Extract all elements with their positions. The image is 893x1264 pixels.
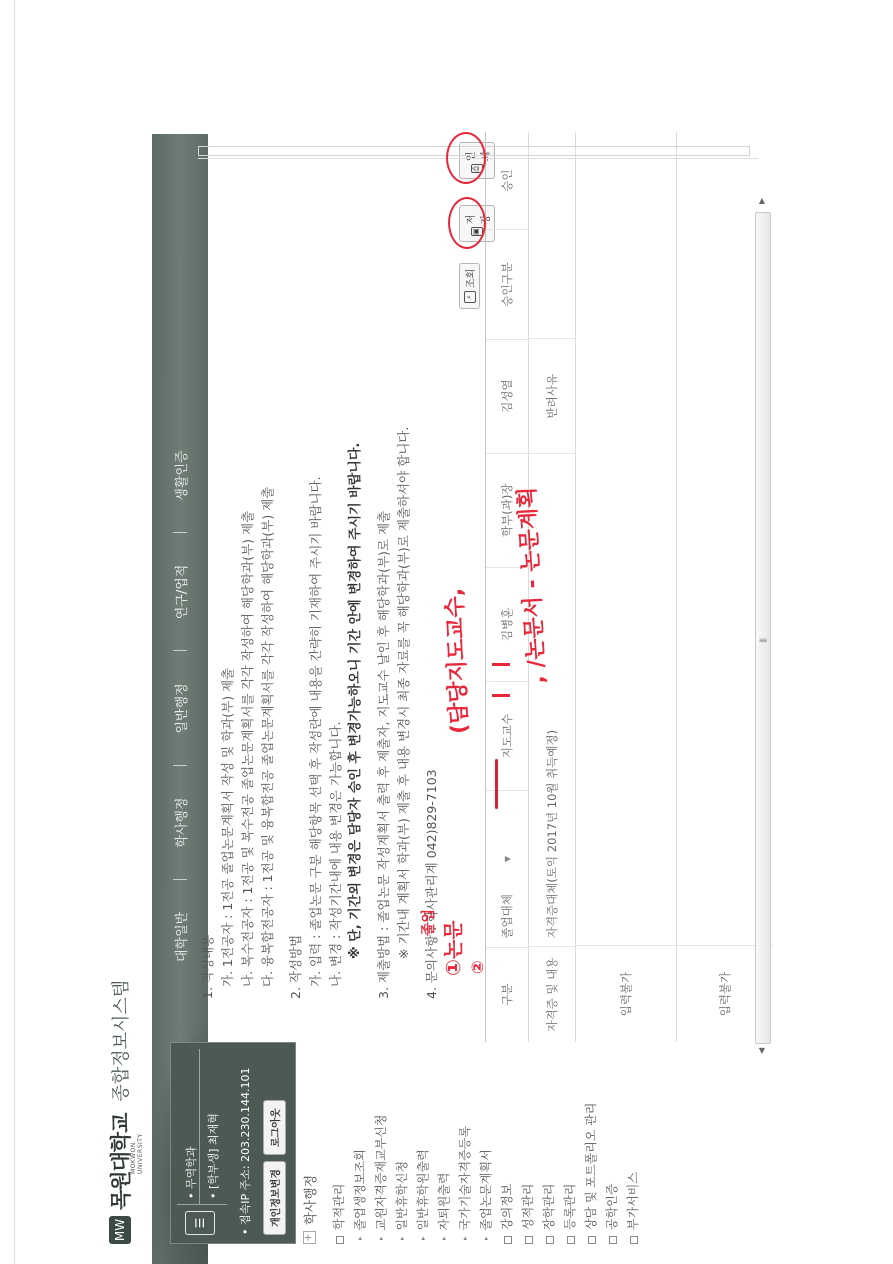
scroll-left-arrow-icon[interactable]: ◀ (757, 1048, 766, 1054)
nav-item-general-admin[interactable]: 일반행정 (171, 651, 190, 765)
handwritten-circle-save (448, 197, 486, 249)
sidebar-item-label: 공학인증 (602, 1184, 623, 1230)
disabled-field (576, 132, 676, 945)
user-info-panel: ☰ • 무역학과 • [학부생] 최재혁 • 접속IP 주소: 203.230.… (170, 1042, 296, 1244)
user-department: • 무역학과 (183, 1147, 199, 1200)
university-english-name: MOKWON UNIVERSITY (130, 1114, 144, 1174)
handwritten-circle-print (446, 132, 486, 184)
sidebar-item-label: 장학관리 (539, 1184, 560, 1230)
sidebar-item-label: 졸업생정보조회 (350, 1149, 371, 1230)
square-bullet-icon (525, 1236, 533, 1244)
handwritten-underline (495, 759, 498, 809)
bullet-arrow-icon: ▸ (413, 1236, 434, 1240)
section-4-contact: 4. 문의사항 : 학사관리계 042)829-7103 (422, 79, 442, 999)
sidebar-item[interactable]: ▸자퇴원출력 (434, 1034, 455, 1244)
sidebar-item-label: 학적관리 (329, 1184, 350, 1230)
sidebar-item[interactable]: 등록관리 (560, 1034, 581, 1244)
search-button[interactable]: ⌕ 조회 (459, 263, 480, 309)
horizontal-scrollbar[interactable]: ||| (755, 212, 771, 1044)
nav-item-academic-admin[interactable]: 학사행정 (171, 766, 190, 880)
disabled-label: 입력불가 (576, 945, 676, 1042)
sidebar-header[interactable]: + 학사행정 (300, 1034, 319, 1244)
nav-item-life-certification[interactable]: 생활인증 (171, 418, 190, 532)
sidebar-item-label: 성적관리 (518, 1184, 539, 1230)
sidebar-item[interactable]: 학적관리 (329, 1034, 350, 1244)
bullet-arrow-icon: ▸ (434, 1236, 455, 1240)
section-2-title: 2. 작성방법 (286, 79, 306, 999)
handwritten-note-3: (담당지도교수, (437, 588, 473, 735)
sidebar-item-label: 강의정보 (497, 1184, 518, 1230)
approval-label: 승인구분 (486, 229, 528, 338)
instructions: 1. 작성내용 가. 1전공자 : 1전공 졸업논문계획서 작성 및 학과(부)… (198, 79, 450, 999)
type-select-value: 졸업대체 (499, 894, 515, 938)
scan-edge (14, 0, 15, 1264)
sidebar-item[interactable]: 강의정보 (497, 1034, 518, 1244)
section-2-note: ※ 단, 기간외 변경은 담당자 승인 후 변경가능하오니 기간 안에 변경하여… (346, 79, 366, 999)
id-card-icon: ☰ (185, 1211, 215, 1235)
search-icon: ⌕ (464, 291, 476, 303)
bullet-arrow-icon: ▸ (371, 1236, 392, 1240)
user-role-name: • [학부생] 최재혁 (205, 1113, 221, 1199)
section-1-title: 1. 작성내용 (198, 79, 218, 999)
form-row-disabled-1: 입력불가 (576, 132, 677, 1042)
advisor-label: 지도교수 (486, 681, 528, 790)
square-bullet-icon (546, 1236, 554, 1244)
sidebar-title: 학사행정 (300, 1175, 319, 1225)
logout-button[interactable]: 로그아웃 (263, 1100, 286, 1155)
section-1-item-c: 다. 융복합전공자 : 1전공 및 융복합전공 졸업논문계획서를 각각 작성하여… (258, 79, 278, 999)
university-emblem-icon: MW (109, 1216, 131, 1244)
form-toolbar: ⌕ 조회 ▣ 저장 ⎙ 인쇄 (455, 224, 485, 1264)
handwritten-note-2: ② (468, 960, 487, 974)
section-3: 3. 제출방법 : 졸업논문 작성계획서 출력 후 제출자, 지도교수 날인 후… (374, 79, 394, 999)
sidebar-item-label: 자퇴원출력 (434, 1173, 455, 1231)
type-select[interactable]: 졸업대체 ▼ (486, 790, 528, 947)
divider (177, 1204, 227, 1205)
square-bullet-icon (567, 1236, 575, 1244)
section-2-item-a: 가. 입력 : 졸업논문 구분 해당항목 선택 후 작성란에 내용을 간략히 기… (306, 79, 326, 999)
sidebar-item-label: 교원자격증재교부신청 (371, 1115, 392, 1231)
section-3-note: ※ 기간내 계획서 학과(부) 제출 후 내용 변경시 최종 자료를 꼭 해당학… (394, 79, 414, 999)
dept-head-value: 김성열 (486, 339, 528, 453)
sidebar-item[interactable]: 성적관리 (518, 1034, 539, 1244)
sidebar-item[interactable]: ▸일반휴학신청 (392, 1034, 413, 1244)
bullet-arrow-icon: ▸ (350, 1236, 371, 1240)
sidebar-item[interactable]: 공학인증 (602, 1034, 623, 1244)
handwritten-note-1: ①논문 (437, 920, 466, 976)
sidebar-item-label: 부가서비스 (623, 1172, 644, 1230)
section-1-item-a: 가. 1전공자 : 1전공 졸업논문계획서 작성 및 학과(부) 제출 (218, 79, 238, 999)
content-label: 자격증 및 내용 (529, 946, 575, 1042)
sidebar-item[interactable]: ▸교원자격증재교부신청 (371, 1034, 392, 1244)
handwritten-note-1-top: 졸업 (418, 909, 438, 936)
rotated-scanned-page: MW 목원대학교 MOKWON UNIVERSITY 종합정보시스템 대학일반 … (0, 0, 893, 1264)
square-bullet-icon (630, 1236, 638, 1244)
type-label: 구분 (486, 947, 528, 1042)
sidebar-item[interactable]: 장학관리 (539, 1034, 560, 1244)
sidebar-menu: 학적관리▸졸업생정보조회▸교원자격증재교부신청▸일반휴학신청▸일반휴학원출력▸자… (329, 1034, 644, 1244)
sidebar-item[interactable]: ▸졸업생정보조회 (350, 1034, 371, 1244)
expand-plus-icon[interactable]: + (303, 1231, 316, 1244)
section-1-item-b: 나. 복수전공자 : 1전공 및 복수전공 졸업논문계획서를 각각 작성하여 해… (238, 79, 258, 999)
scroll-right-arrow-icon[interactable]: ▶ (757, 198, 766, 204)
sidebar-item[interactable]: 상담 및 포트폴리오 관리 (581, 1034, 602, 1244)
bullet-arrow-icon: ▸ (392, 1236, 413, 1240)
brand-logo[interactable]: MW 목원대학교 MOKWON UNIVERSITY 종합정보시스템 (105, 980, 135, 1244)
square-bullet-icon (588, 1236, 596, 1244)
search-button-label: 조회 (462, 269, 477, 288)
square-bullet-icon (609, 1236, 617, 1244)
user-ip-address: • 접속IP 주소: 203.230.144.101 (237, 1067, 253, 1235)
nav-item-research[interactable]: 연구/업적 (171, 533, 190, 652)
divider (199, 1049, 200, 1205)
edit-profile-button[interactable]: 개인정보변경 (263, 1161, 286, 1235)
reject-reason-label: 반려사유 (529, 338, 575, 453)
sidebar-item[interactable]: 부가서비스 (623, 1034, 644, 1244)
square-bullet-icon (336, 1236, 344, 1244)
sidebar-item[interactable]: ▸일반휴학원출력 (413, 1034, 434, 1244)
chevron-down-icon[interactable]: ▼ (503, 856, 512, 862)
scrollbar-grip-icon[interactable]: ||| (759, 639, 767, 643)
handwritten-bracket (492, 663, 510, 697)
sidebar-item-label: 상담 및 포트폴리오 관리 (581, 1103, 602, 1230)
section-2-item-b: 나. 변경 : 작성기간내에 내용 변경은 가능합니다. (326, 79, 346, 999)
square-bullet-icon (504, 1236, 512, 1244)
nav-item-university-general[interactable]: 대학일반 (171, 880, 190, 994)
sidebar-item-label: 등록관리 (560, 1184, 581, 1230)
sidebar-item-label: 일반휴학원출력 (413, 1149, 434, 1230)
system-title: 종합정보시스템 (107, 980, 133, 1102)
sidebar-item-label: 일반휴학신청 (392, 1161, 413, 1231)
reject-reason-value (529, 132, 575, 338)
